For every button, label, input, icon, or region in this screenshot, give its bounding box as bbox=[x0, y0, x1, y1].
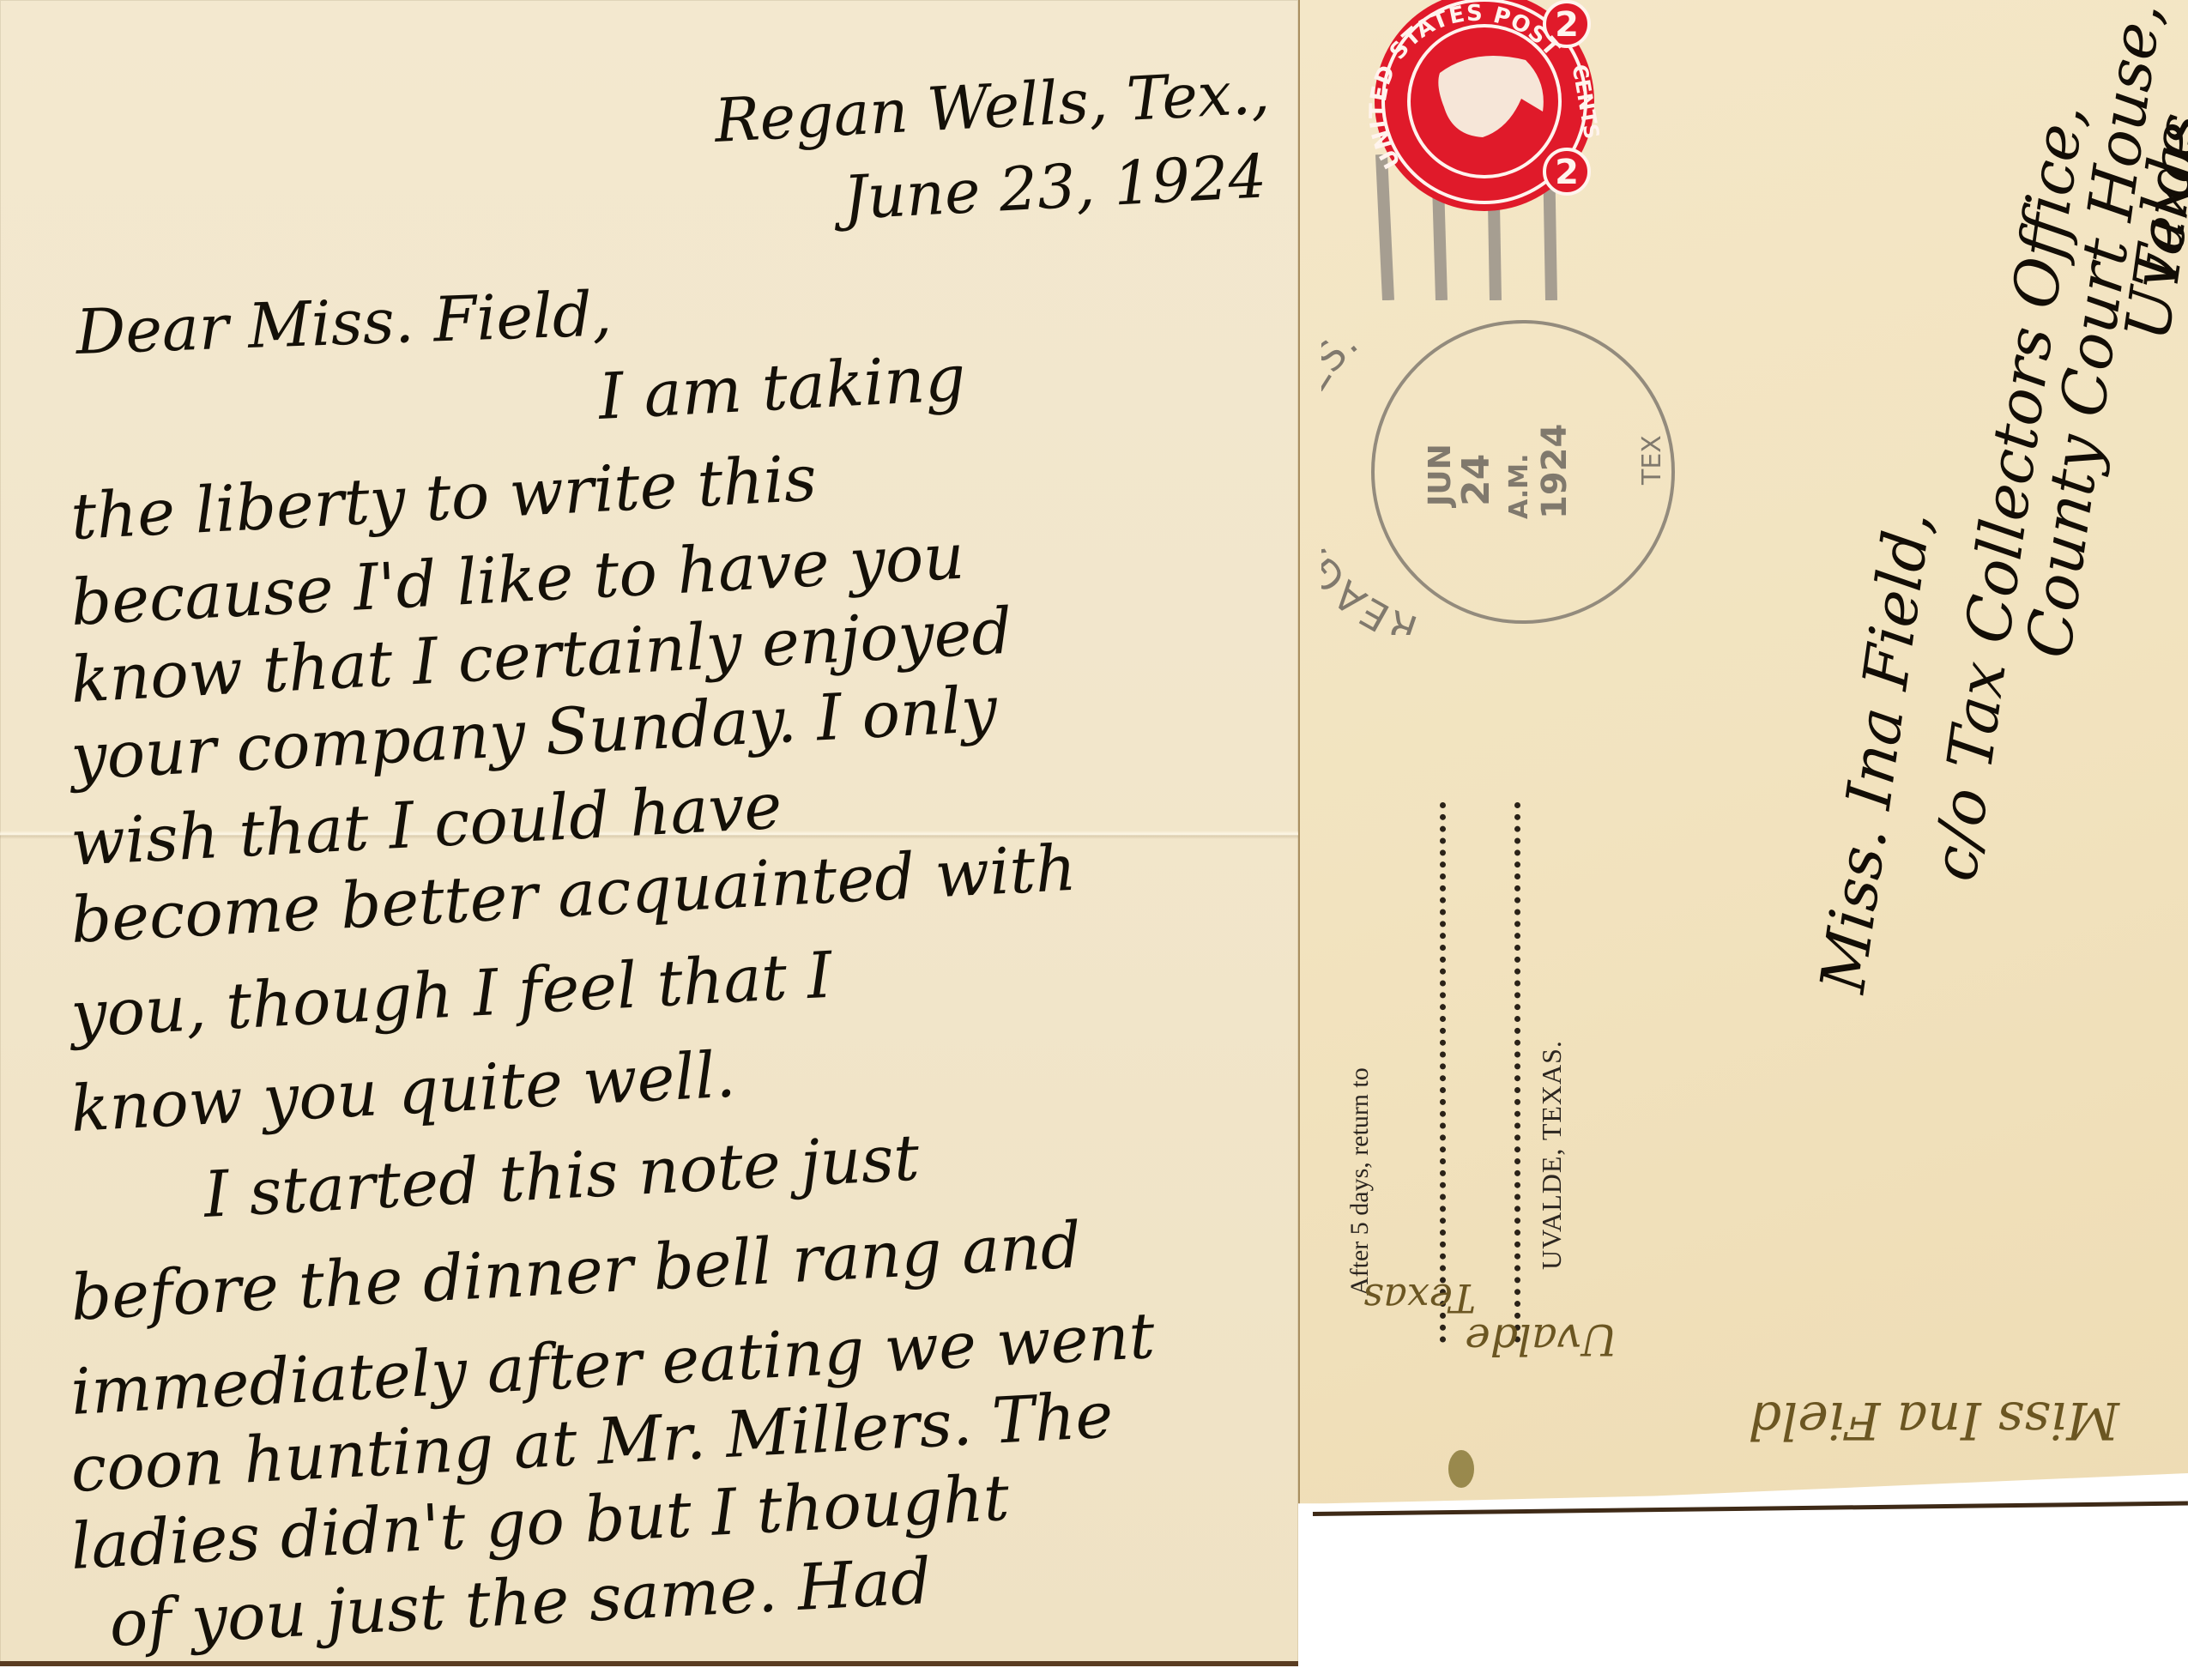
svg-text:2: 2 bbox=[1555, 153, 1579, 192]
ink-blot bbox=[1448, 1450, 1474, 1488]
svg-text:A.M.: A.M. bbox=[1504, 454, 1534, 519]
pencil-note-name: Miss Ina Field bbox=[1749, 1390, 2119, 1450]
letter-edge bbox=[0, 1661, 1298, 1666]
postage-stamp-icon: 2 2 UNITED STATES POSTAGE CENTS bbox=[1354, 0, 1611, 240]
return-dotted-line bbox=[1440, 802, 1446, 1343]
return-notice-city: UVALDE, TEXAS. bbox=[1536, 1040, 1568, 1270]
return-dotted-line bbox=[1514, 802, 1520, 1343]
svg-text:TEX: TEX bbox=[1637, 435, 1667, 486]
postmark-icon: REAGAN WELLS. JUN 24 A.M. 1924 TEX bbox=[1321, 292, 1682, 635]
pencil-note-city: Uvalde bbox=[1465, 1314, 1617, 1364]
return-notice-label: After 5 days, return to bbox=[1345, 1067, 1375, 1296]
svg-text:24: 24 bbox=[1454, 454, 1498, 506]
svg-text:JUN: JUN bbox=[1423, 444, 1458, 509]
pencil-note-state: Texas bbox=[1363, 1275, 1476, 1321]
svg-text:1924: 1924 bbox=[1535, 424, 1575, 519]
envelope-edge bbox=[1313, 1502, 2188, 1516]
